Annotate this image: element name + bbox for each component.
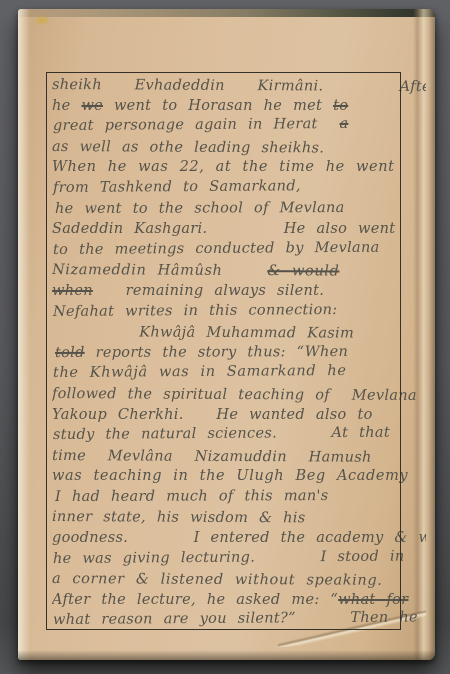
cover-bottom-shadow bbox=[18, 650, 435, 660]
handwritten-text: he bbox=[52, 98, 81, 114]
handwritten-text: Nefahat writes in this connection: bbox=[53, 302, 338, 320]
book-cover: sheikh Evhadeddin Kirmâni. After he we w… bbox=[18, 9, 435, 660]
struck-word: what for bbox=[338, 592, 408, 608]
manuscript-line: followed the spiritual teaching of Mevla… bbox=[52, 384, 426, 407]
jacket-fold-left bbox=[18, 9, 30, 660]
handwritten-text: sheikh Evhadeddin Kirmâni. After bbox=[52, 77, 426, 95]
handwritten-text: study the natural sciences. At that bbox=[53, 425, 390, 443]
manuscript-line: Nefahat writes in this connection: bbox=[53, 299, 426, 322]
manuscript-line: Sadeddin Kashgari. He also went bbox=[52, 219, 426, 240]
handwritten-text: I had heard much of this man's bbox=[55, 488, 329, 505]
handwritten-text: went to Horasan he met bbox=[103, 98, 333, 114]
manuscript-line: great personage again in Herat a bbox=[53, 114, 426, 137]
handwritten-text: a corner & listened without speaking. bbox=[52, 571, 383, 589]
manuscript-line: was teaching in the Ulugh Beg Academy bbox=[52, 466, 426, 487]
handwritten-text: the Khwâjâ was in Samarkand he bbox=[53, 363, 347, 381]
handwritten-text: to the meetings conducted by Mevlana bbox=[53, 239, 380, 257]
manuscript-line: sheikh Evhadeddin Kirmâni. After bbox=[52, 75, 426, 98]
handwritten-text: what reason are you silent?” Then he bbox=[53, 610, 418, 627]
handwritten-text: he went to the school of Mevlana bbox=[55, 200, 345, 217]
manuscript-line: he was giving lecturing. I stood in bbox=[53, 546, 426, 569]
manuscript-line: from Tashkend to Samarkand, bbox=[53, 175, 426, 198]
struck-word: we bbox=[81, 98, 103, 114]
manuscript-line: as well as othe leading sheikhs. bbox=[52, 137, 426, 160]
photo-background: sheikh Evhadeddin Kirmâni. After he we w… bbox=[0, 0, 450, 674]
handwritten-text: followed the spiritual teaching of Mevla… bbox=[52, 386, 417, 404]
handwritten-text: Sadeddin Kashgari. He also went bbox=[52, 221, 395, 237]
handwritten-text: After the lecture, he asked me: “ bbox=[52, 592, 338, 608]
manuscript-line: he went to the school of Mevlana bbox=[55, 197, 426, 219]
manuscript-line: I had heard much of this man's bbox=[55, 486, 426, 508]
manuscript-line: a corner & listened without speaking. bbox=[52, 569, 426, 592]
struck-word: a bbox=[339, 116, 348, 132]
handwritten-text: was teaching in the Ulugh Beg Academy bbox=[52, 468, 408, 484]
manuscript-text: sheikh Evhadeddin Kirmâni. After he we w… bbox=[52, 75, 426, 627]
handwritten-text: great personage again in Herat bbox=[53, 116, 340, 134]
handwritten-text: he was giving lecturing. I stood in bbox=[53, 548, 405, 566]
manuscript-line: time Mevlâna Nizamuddin Hamush bbox=[52, 446, 426, 469]
handwritten-text: from Tashkend to Samarkand, bbox=[53, 178, 301, 196]
handwritten-text: inner state, his wisdom & his bbox=[52, 509, 306, 526]
manuscript-line: what reason are you silent?” Then he bbox=[53, 608, 426, 627]
handwritten-text: remaining always silent. bbox=[93, 283, 324, 299]
handwritten-text: Nizameddin Hâmûsh bbox=[52, 262, 267, 279]
manuscript-line: the Khwâjâ was in Samarkand he bbox=[53, 361, 426, 384]
manuscript-line: goodness. I entered the academy & w bbox=[52, 528, 426, 549]
handwritten-text: Khwâjâ Muhammad Kasim bbox=[52, 324, 354, 342]
manuscript-line: inner state, his wisdom & his bbox=[52, 507, 426, 530]
manuscript-line: Nizameddin Hâmûsh & would bbox=[52, 260, 426, 283]
handwritten-text: Yakoup Cherkhi. He wanted also to bbox=[52, 407, 373, 423]
board-edge-top bbox=[18, 9, 435, 17]
stain-mark bbox=[35, 16, 49, 25]
struck-word: told bbox=[55, 345, 85, 361]
struck-word: to bbox=[333, 98, 348, 114]
handwritten-text: goodness. I entered the academy & w bbox=[52, 530, 426, 546]
struck-word: when bbox=[52, 283, 93, 299]
manuscript-line: when remaining always silent. bbox=[52, 281, 426, 302]
handwritten-text: as well as othe leading sheikhs. bbox=[52, 139, 324, 156]
struck-word: & would bbox=[267, 263, 339, 279]
handwritten-text: time Mevlâna Nizamuddin Hamush bbox=[52, 448, 372, 466]
handwritten-text: reports the story thus: “When bbox=[85, 344, 349, 361]
handwritten-text: When he was 22, at the time he went bbox=[52, 159, 395, 175]
manuscript-line: to the meetings conducted by Mevlana bbox=[53, 237, 426, 260]
manuscript-line: study the natural sciences. At that bbox=[53, 422, 426, 445]
